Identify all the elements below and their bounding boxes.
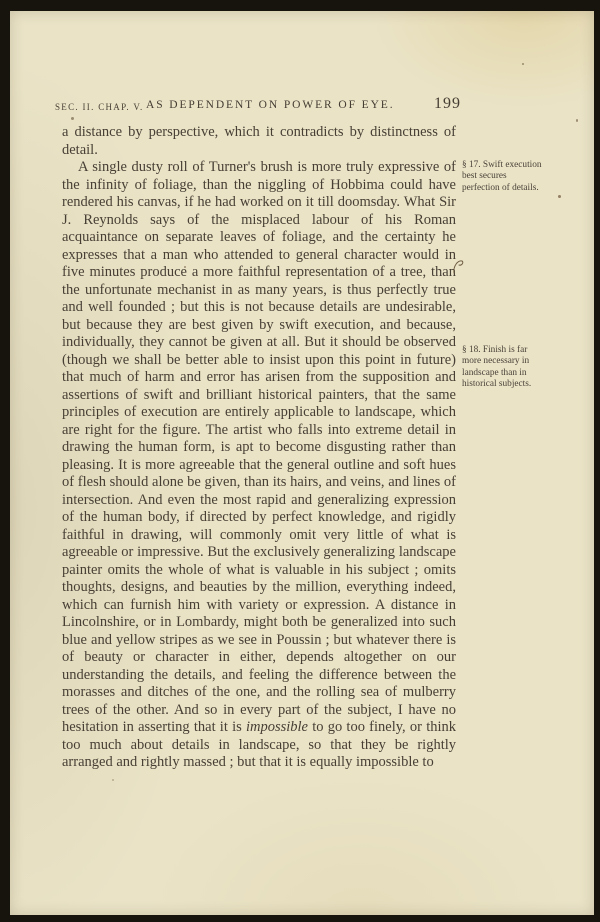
paper-speck [522, 63, 524, 65]
book-page-scan: SEC. II. CHAP. V. AS DEPENDENT ON POWER … [0, 0, 600, 922]
paragraph-main: A single dusty roll of Turner's brush is… [62, 159, 456, 772]
paragraph-continuation: a distance by perspective, which it cont… [62, 124, 456, 159]
italic-word: impossible [246, 719, 308, 735]
paragraph-main-text: A single dusty roll of Turner's brush is… [62, 159, 456, 735]
running-title: AS DEPENDENT ON POWER OF EYE. [146, 99, 394, 111]
paper-speck [558, 195, 561, 198]
paper-speck [184, 266, 186, 268]
paper-speck [112, 779, 114, 781]
margin-note-17: § 17. Swift execution best secures perfe… [462, 160, 542, 194]
margin-note-18: § 18. Finish is far more necessary in la… [462, 345, 542, 390]
page-header: SEC. II. CHAP. V. AS DEPENDENT ON POWER … [10, 95, 594, 117]
page: SEC. II. CHAP. V. AS DEPENDENT ON POWER … [10, 11, 594, 915]
paper-speck [576, 119, 578, 122]
paper-speck [71, 117, 74, 120]
page-number: 199 [434, 95, 461, 113]
text-column: a distance by perspective, which it cont… [62, 124, 456, 772]
section-heading: SEC. II. CHAP. V. [55, 102, 144, 112]
handwritten-mark [451, 257, 467, 277]
